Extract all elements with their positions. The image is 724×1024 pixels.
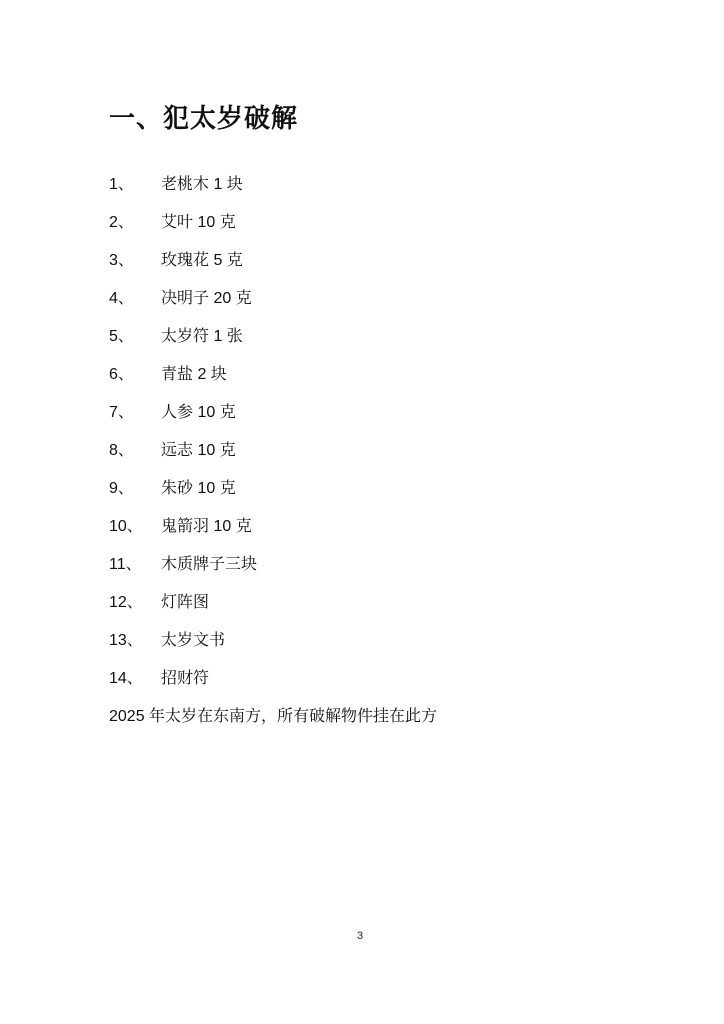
- item-number: 12、: [109, 592, 161, 630]
- list-item: 3、 玫瑰花 5 克: [109, 250, 257, 288]
- list-item: 5、 太岁符 1 张: [109, 326, 257, 364]
- item-text: 招财符: [161, 668, 209, 706]
- item-text: 太岁文书: [161, 630, 225, 668]
- page-number: 3: [357, 929, 363, 943]
- item-text: 木质牌子三块: [161, 554, 257, 592]
- item-text: 太岁符 1 张: [161, 326, 243, 364]
- item-number: 10、: [109, 516, 161, 554]
- list-item: 4、 决明子 20 克: [109, 288, 257, 326]
- item-text: 青盐 2 块: [161, 364, 227, 402]
- item-text: 远志 10 克: [161, 440, 236, 478]
- list-item: 11、 木质牌子三块: [109, 554, 257, 592]
- item-text: 朱砂 10 克: [161, 478, 236, 516]
- list-item: 10、 鬼箭羽 10 克: [109, 516, 257, 554]
- item-number: 14、: [109, 668, 161, 706]
- item-number: 13、: [109, 630, 161, 668]
- list-item: 13、 太岁文书: [109, 630, 257, 668]
- list-item: 7、 人参 10 克: [109, 402, 257, 440]
- item-number: 3、: [109, 250, 161, 288]
- list-item: 1、 老桃木 1 块: [109, 174, 257, 212]
- list-item: 12、 灯阵图: [109, 592, 257, 630]
- item-number: 6、: [109, 364, 161, 402]
- item-number: 8、: [109, 440, 161, 478]
- item-number: 1、: [109, 174, 161, 212]
- item-number: 7、: [109, 402, 161, 440]
- item-text: 艾叶 10 克: [161, 212, 236, 250]
- list-item: 14、 招财符: [109, 668, 257, 706]
- section-heading: 一、犯太岁破解: [109, 100, 298, 136]
- item-number: 4、: [109, 288, 161, 326]
- item-text: 人参 10 克: [161, 402, 236, 440]
- list-item: 6、 青盐 2 块: [109, 364, 257, 402]
- item-text: 玫瑰花 5 克: [161, 250, 243, 288]
- list-item: 8、 远志 10 克: [109, 440, 257, 478]
- item-number: 11、: [109, 554, 161, 592]
- item-number: 9、: [109, 478, 161, 516]
- direction-note: 2025 年太岁在东南方，所有破解物件挂在此方: [109, 706, 437, 728]
- items-list: 1、 老桃木 1 块 2、 艾叶 10 克 3、 玫瑰花 5 克 4、 决明子 …: [109, 174, 257, 706]
- item-text: 决明子 20 克: [161, 288, 252, 326]
- item-text: 灯阵图: [161, 592, 209, 630]
- item-text: 鬼箭羽 10 克: [161, 516, 252, 554]
- item-number: 5、: [109, 326, 161, 364]
- item-number: 2、: [109, 212, 161, 250]
- document-page: 一、犯太岁破解 1、 老桃木 1 块 2、 艾叶 10 克 3、 玫瑰花 5 克…: [0, 0, 724, 1024]
- list-item: 2、 艾叶 10 克: [109, 212, 257, 250]
- list-item: 9、 朱砂 10 克: [109, 478, 257, 516]
- item-text: 老桃木 1 块: [161, 174, 243, 212]
